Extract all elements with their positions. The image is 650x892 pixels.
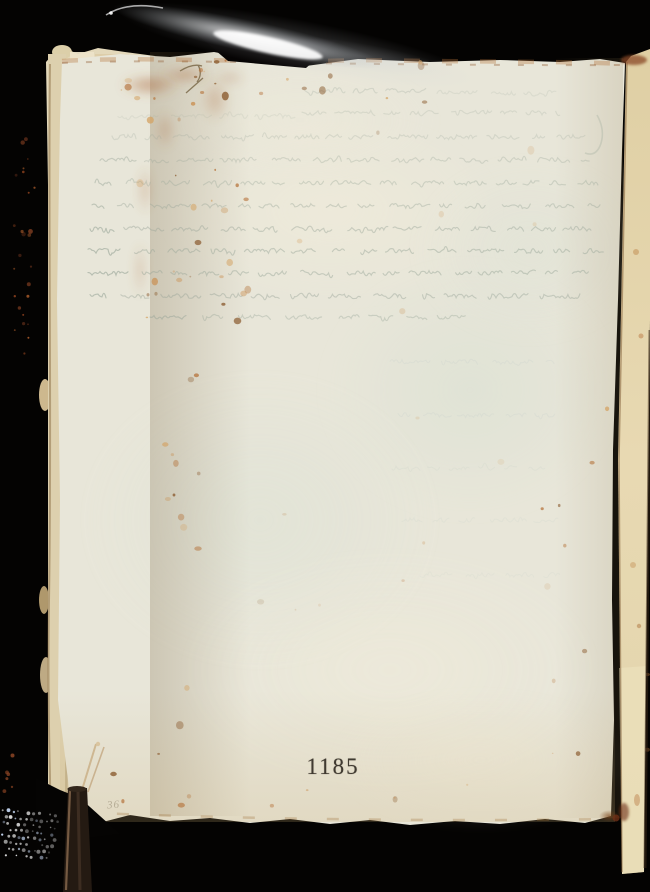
manuscript-book-photo: 1185 36	[0, 0, 650, 892]
manuscript-page	[57, 52, 650, 830]
page-number-stamp: 1185	[294, 754, 372, 780]
pencil-annotation: 36	[107, 799, 121, 812]
